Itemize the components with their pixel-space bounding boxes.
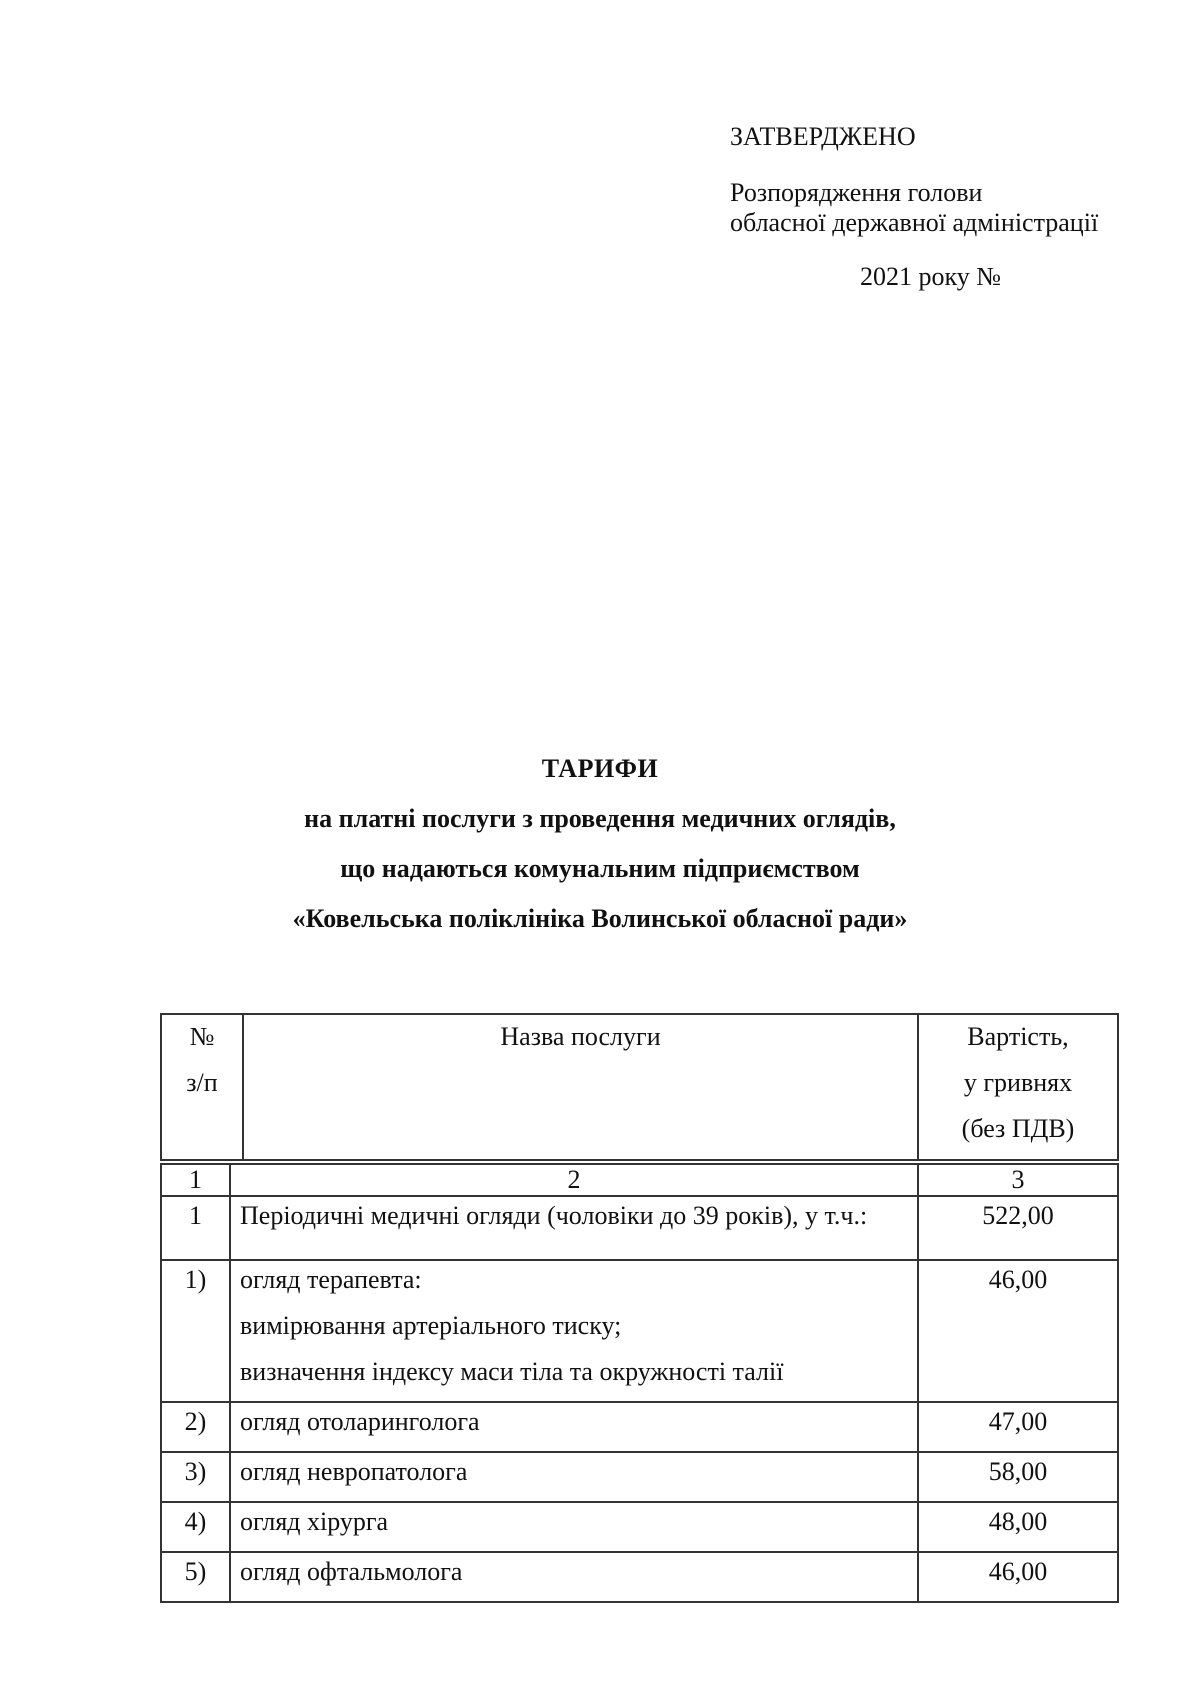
row-service-name: огляд отоларинголога: [230, 1402, 918, 1452]
table-row: 1) огляд терапевта: вимірювання артеріал…: [161, 1260, 1118, 1402]
approved-label: ЗАТВЕРДЖЕНО: [730, 122, 1098, 152]
header-number-label: №: [162, 1021, 242, 1067]
row-price: 46,00: [918, 1552, 1118, 1602]
row-price: 47,00: [918, 1402, 1118, 1452]
header-price-label-2: у гривнях: [919, 1067, 1117, 1113]
row-price: 58,00: [918, 1452, 1118, 1502]
document-title: ТАРИФИ: [0, 744, 1200, 794]
table-row: 5) огляд офтальмолога 46,00: [161, 1552, 1118, 1602]
row-number: 5): [161, 1552, 230, 1602]
header-price-label-1: Вартість,: [919, 1021, 1117, 1067]
order-line-2: обласної державної адміністрації: [730, 208, 1098, 238]
row-number: 4): [161, 1502, 230, 1552]
column-index-row: 1 2 3: [161, 1164, 1118, 1196]
row-service-name: огляд терапевта:: [240, 1265, 909, 1295]
row-price: 522,00: [918, 1196, 1118, 1260]
row-service-name-cell: огляд терапевта: вимірювання артеріально…: [230, 1260, 918, 1402]
tariff-table: 1 2 3 1 Періодичні медичні огляди (чолов…: [160, 1163, 1119, 1603]
document-title-block: ТАРИФИ на платні послуги з проведення ме…: [0, 744, 1200, 944]
row-number: 3): [161, 1452, 230, 1502]
order-date-line: 2021 року №: [730, 262, 1098, 292]
row-number: 1: [161, 1196, 230, 1260]
row-service-detail: вимірювання артеріального тиску;: [240, 1311, 909, 1341]
row-price: 46,00: [918, 1260, 1118, 1402]
header-number-cell: № з/п: [161, 1014, 243, 1160]
row-service-detail: визначення індексу маси тіла та окружнос…: [240, 1357, 909, 1387]
row-number: 2): [161, 1402, 230, 1452]
row-service-name: огляд офтальмолога: [230, 1552, 918, 1602]
table-row: 2) огляд отоларинголога 47,00: [161, 1402, 1118, 1452]
row-service-name: огляд невропатолога: [230, 1452, 918, 1502]
header-service-name-cell: Назва послуги: [243, 1014, 918, 1160]
row-service-name: Періодичні медичні огляди (чоловіки до 3…: [230, 1196, 918, 1260]
header-price-cell: Вартість, у гривнях (без ПДВ): [918, 1014, 1118, 1160]
document-subtitle-line-3: «Ковельська поліклініка Волинської облас…: [0, 894, 1200, 944]
header-price-label-3: (без ПДВ): [919, 1113, 1117, 1159]
table-row: 1 Періодичні медичні огляди (чоловіки до…: [161, 1196, 1118, 1260]
table-row: 3) огляд невропатолога 58,00: [161, 1452, 1118, 1502]
tariff-table-header: № з/п Назва послуги Вартість, у гривнях …: [160, 1013, 1119, 1161]
column-index-1: 1: [161, 1164, 230, 1196]
row-service-name: огляд хірурга: [230, 1502, 918, 1552]
header-service-name-label: Назва послуги: [244, 1021, 917, 1067]
document-subtitle-line-2: що надаються комунальним підприємством: [0, 844, 1200, 894]
document-subtitle-line-1: на платні послуги з проведення медичних …: [0, 794, 1200, 844]
table-row: 4) огляд хірурга 48,00: [161, 1502, 1118, 1552]
header-row: № з/п Назва послуги Вартість, у гривнях …: [161, 1014, 1118, 1160]
column-index-3: 3: [918, 1164, 1118, 1196]
row-number: 1): [161, 1260, 230, 1402]
row-price: 48,00: [918, 1502, 1118, 1552]
header-number-sublabel: з/п: [162, 1067, 242, 1113]
approval-stamp: ЗАТВЕРДЖЕНО Розпорядження голови обласно…: [730, 122, 1098, 292]
order-line-1: Розпорядження голови: [730, 178, 1098, 208]
column-index-2: 2: [230, 1164, 918, 1196]
